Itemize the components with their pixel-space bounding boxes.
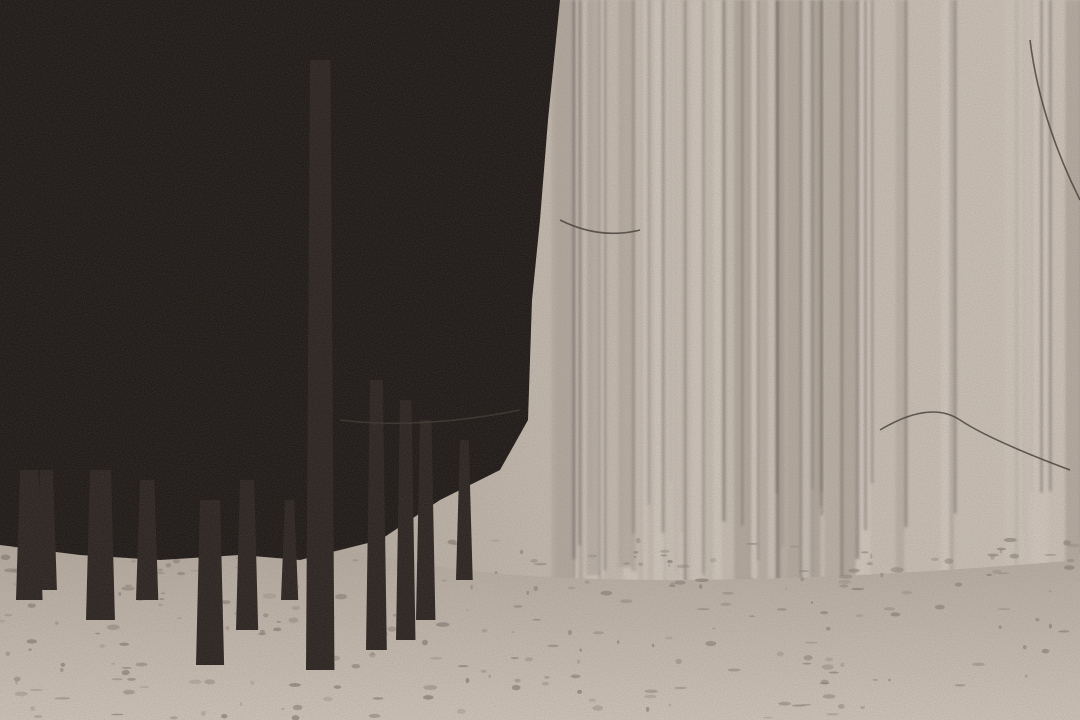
forest-illustration xyxy=(0,0,1080,720)
forest-photo xyxy=(0,0,1080,720)
film-grain xyxy=(0,0,1080,720)
